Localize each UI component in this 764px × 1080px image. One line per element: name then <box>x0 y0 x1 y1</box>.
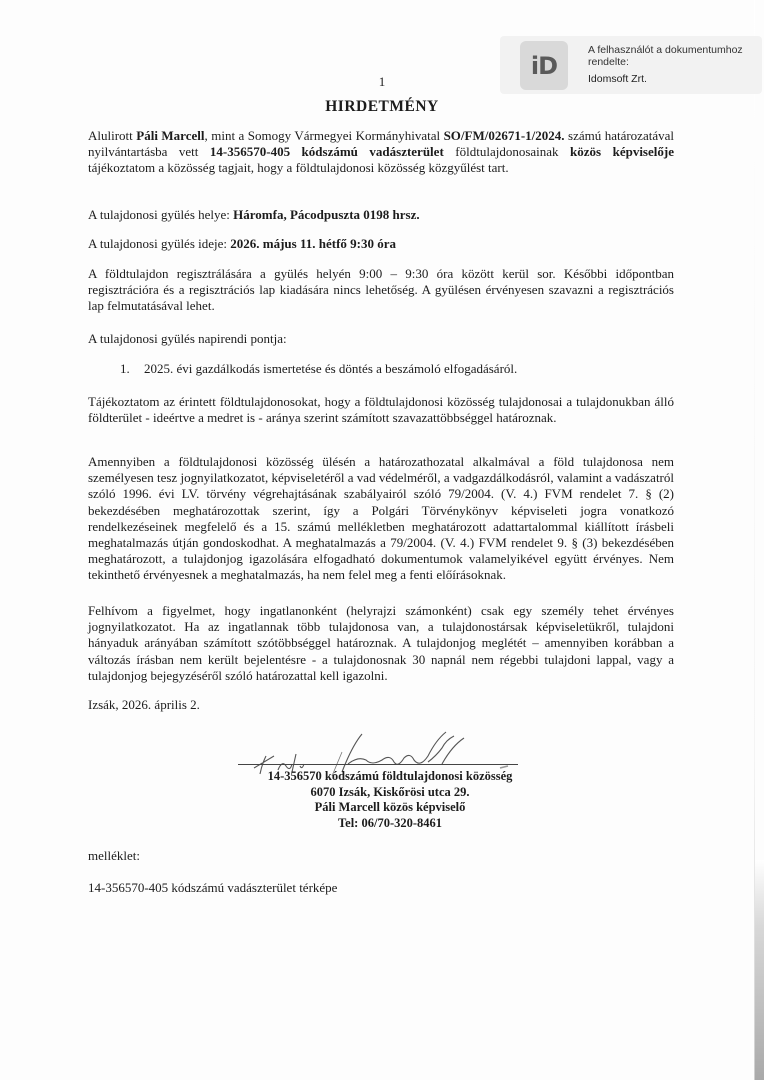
stamp-label: A felhasználót a dokumentumhoz rendelte: <box>588 44 758 68</box>
meeting-time-label: A tulajdonosi gyülés ideje: <box>88 236 230 251</box>
place-date: Izsák, 2026. április 2. <box>88 697 674 713</box>
scan-shadow <box>755 860 764 1080</box>
intro-text: , mint a Somogy Vármegyei Kormányhivatal <box>204 128 443 143</box>
meeting-time-value: 2026. május 11. hétfő 9:30 óra <box>230 236 396 251</box>
signature-line <box>238 764 518 765</box>
agenda-item-number: 1. <box>120 361 144 377</box>
voting-paragraph: Tájékoztatom az érintett földtulajdonoso… <box>88 394 674 426</box>
attention-paragraph: Felhívom a figyelmet, hogy ingatlanonkén… <box>88 603 674 684</box>
representative-title: Páli Marcell közös képviselő <box>200 800 580 816</box>
agenda-item-text: 2025. évi gazdálkodás ismertetése és dön… <box>144 361 517 376</box>
proxy-paragraph: Amennyiben a földtulajdonosi közösség ül… <box>88 454 674 584</box>
agenda-heading: A tulajdonosi gyülés napirendi pontja: <box>88 331 674 347</box>
community-address: 6070 Izsák, Kiskőrösi utca 29. <box>200 785 580 801</box>
agenda-item: 1.2025. évi gazdálkodás ismertetése és d… <box>120 361 680 377</box>
intro-paragraph: Alulirott Páli Marcell, mint a Somogy Vá… <box>88 128 674 177</box>
intro-text: Alulirott <box>88 128 136 143</box>
registration-paragraph: A földtulajdon regisztrálására a gyülés … <box>88 266 674 315</box>
representative-role: közös képviselője <box>570 144 674 159</box>
representative-name: Páli Marcell <box>136 128 204 143</box>
hunting-area-code: 14-356570-405 kódszámú vadászterület <box>210 144 444 159</box>
attachment-label: melléklet: <box>88 848 674 864</box>
signature-block: 14-356570 kódszámú földtulajdonosi közös… <box>200 769 580 831</box>
meeting-time: A tulajdonosi gyülés ideje: 2026. május … <box>88 236 674 252</box>
intro-text: tájékoztatom a közösség tagjait, hogy a … <box>88 160 509 175</box>
phone-number: Tel: 06/70-320-8461 <box>200 816 580 832</box>
community-name: 14-356570 kódszámú földtulajdonosi közös… <box>200 769 580 785</box>
meeting-place-value: Háromfa, Pácodpuszta 0198 hrsz. <box>233 207 419 222</box>
decision-number: SO/FM/02671-1/2024. <box>444 128 565 143</box>
meeting-place-label: A tulajdonosi gyülés helye: <box>88 207 233 222</box>
attachment-item: 14-356570-405 kódszámú vadászterület tér… <box>88 880 674 896</box>
document-page: iD A felhasználót a dokumentumhoz rendel… <box>0 0 764 1080</box>
meeting-place: A tulajdonosi gyülés helye: Háromfa, Pác… <box>88 207 674 223</box>
page-number: 1 <box>0 74 764 90</box>
intro-text: földtulajdonosainak <box>444 144 570 159</box>
document-title: HIRDETMÉNY <box>0 98 764 116</box>
